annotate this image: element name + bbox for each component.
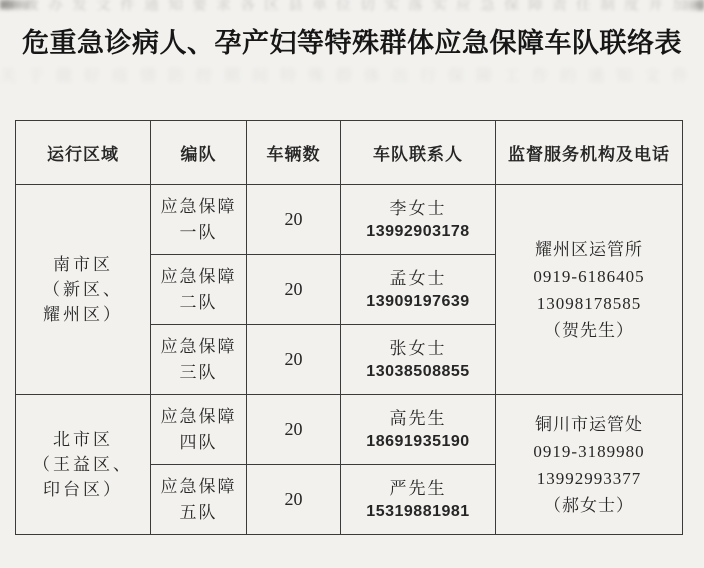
team-cell: 应急保障 四队	[151, 395, 247, 465]
contact-cell: 严先生 15319881981	[341, 465, 496, 535]
supervisor-cell-tongchuan: 铜川市运管处 0919-3189980 13992993377 （郝女士）	[496, 395, 683, 535]
contact-cell: 李女士 13992903178	[341, 185, 496, 255]
header-cell-contact: 车队联系人	[341, 121, 496, 185]
header-cell-supervisor: 监督服务机构及电话	[496, 121, 683, 185]
bleedthrough-ghost-text: 市政办发文件通知要求各区县单位切实落实应急保障责任制度并加强监督检查工作安排部署…	[0, 0, 704, 17]
contact-phone: 13992903178	[345, 221, 491, 243]
contact-name: 张女士	[345, 337, 491, 361]
contact-phone: 15319881981	[345, 501, 491, 523]
document-title: 危重急诊病人、孕产妇等特殊群体应急保障车队联络表	[14, 24, 690, 62]
table-row: 南市区 （新区、 耀州区） 应急保障 一队 20 李女士 13992903178…	[16, 185, 683, 255]
contact-cell: 孟女士 13909197639	[341, 255, 496, 325]
bleedthrough-ghost-text: 关于做好疫情防控期间特殊群体出行保障工作的通知文件	[0, 63, 704, 89]
table-row: 北市区 （王益区、 印台区） 应急保障 四队 20 高先生 1869193519…	[16, 395, 683, 465]
contact-name: 李女士	[345, 197, 491, 221]
contact-name: 高先生	[345, 407, 491, 431]
vehicle-count-cell: 20	[247, 325, 341, 395]
contact-table: 运行区域 编队 车辆数 车队联系人 监督服务机构及电话 南市区 （新区、 耀州区…	[15, 120, 683, 535]
vehicle-count-cell: 20	[247, 255, 341, 325]
vehicle-count-cell: 20	[247, 185, 341, 255]
team-cell: 应急保障 二队	[151, 255, 247, 325]
vehicle-count-cell: 20	[247, 395, 341, 465]
team-cell: 应急保障 三队	[151, 325, 247, 395]
contact-cell: 张女士 13038508855	[341, 325, 496, 395]
region-cell-south: 南市区 （新区、 耀州区）	[16, 185, 151, 395]
scan-smudge	[0, 0, 38, 9]
region-cell-north: 北市区 （王益区、 印台区）	[16, 395, 151, 535]
contact-phone: 13038508855	[345, 361, 491, 383]
header-cell-vehicles: 车辆数	[247, 121, 341, 185]
contact-name: 严先生	[345, 477, 491, 501]
team-cell: 应急保障 一队	[151, 185, 247, 255]
contact-cell: 高先生 18691935190	[341, 395, 496, 465]
vehicle-count-cell: 20	[247, 465, 341, 535]
supervisor-cell-yaozhou: 耀州区运管所 0919-6186405 13098178585 （贺先生）	[496, 185, 683, 395]
contact-name: 孟女士	[345, 267, 491, 291]
header-cell-team: 编队	[151, 121, 247, 185]
scanned-document-page: 市政办发文件通知要求各区县单位切实落实应急保障责任制度并加强监督检查工作安排部署…	[0, 0, 704, 568]
header-cell-region: 运行区域	[16, 121, 151, 185]
team-cell: 应急保障 五队	[151, 465, 247, 535]
contact-phone: 18691935190	[345, 431, 491, 453]
table-header-row: 运行区域 编队 车辆数 车队联系人 监督服务机构及电话	[16, 121, 683, 185]
scan-smudge	[682, 0, 704, 10]
contact-phone: 13909197639	[345, 291, 491, 313]
